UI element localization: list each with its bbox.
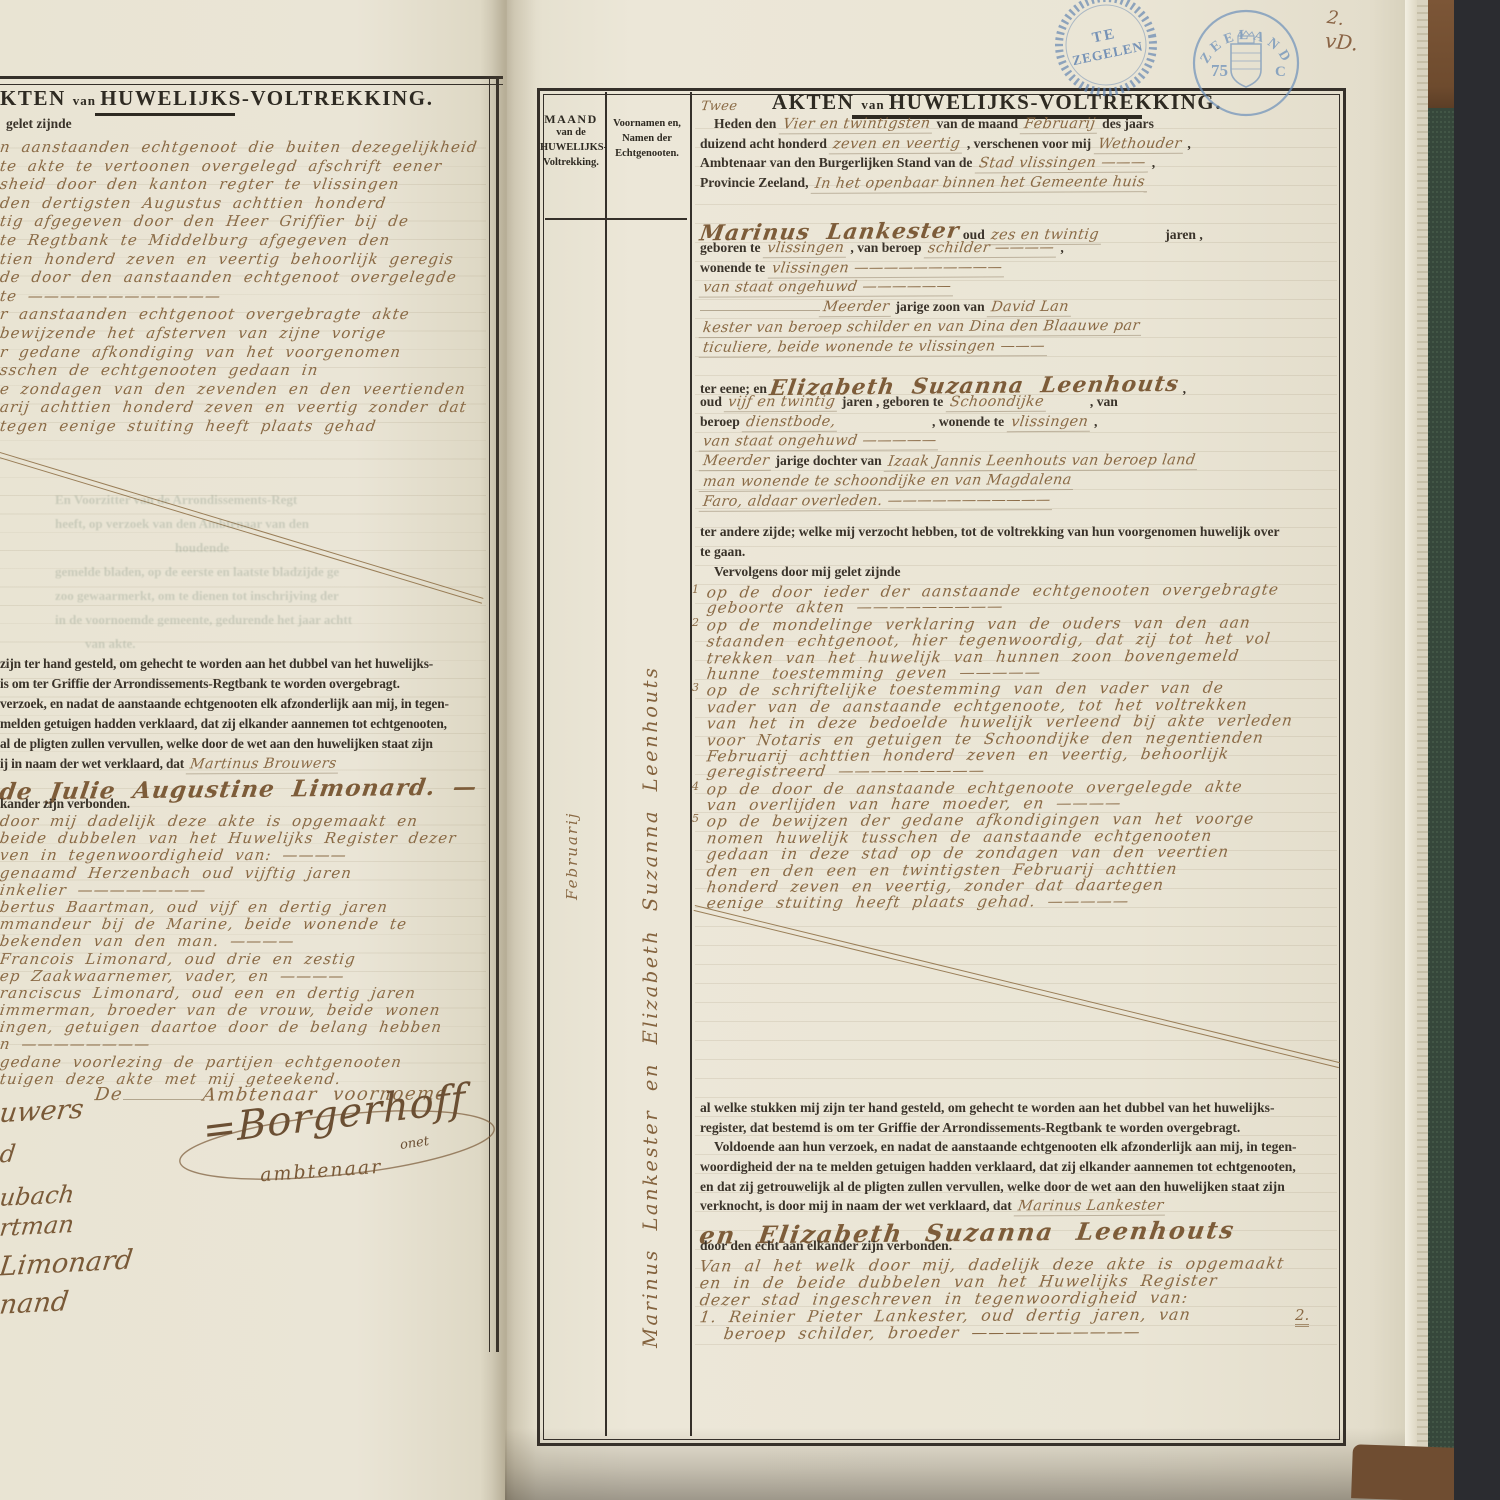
form-line: wonende te vlissingen —————————— — [700, 260, 1345, 280]
text-segment: woordigheid der na te melden getuigen ha… — [700, 1159, 1296, 1174]
text-segment: zeven en veertig — [829, 135, 965, 154]
handwritten-line: nomen huwelijk tusschen de aanstaande ec… — [707, 828, 1352, 844]
request-paragraph: ter andere zijde; welke mij verzocht heb… — [700, 524, 1345, 584]
handwritten-line: 4op de door de aanstaande echtgenoote ov… — [707, 779, 1352, 795]
text-segment: wonende te — [700, 260, 769, 275]
text-segment: ij in naam der wet verklaard, dat — [0, 756, 187, 771]
text-segment: Faro, aldaar overleden. ——————————— — [699, 492, 1055, 512]
handwritten-line: 3op de schriftelijke toestemming van den… — [707, 680, 1352, 696]
zeeland-stamp: ZEELAND 75 C — [1189, 6, 1303, 120]
text-segment: dienstbode, — [742, 413, 840, 431]
handwritten-line: gedane voorlezing de partijen echtgenoot… — [0, 1053, 492, 1070]
handwritten-line: ingen, getuigen daartoe door de belang h… — [0, 1018, 492, 1035]
handwritten-line: genaamd Herzenbach oud vijftig jaren — [0, 864, 492, 881]
printed-line: is om ter Griffie der Arrondissements-Re… — [0, 676, 492, 696]
text-segment: al de pligten zullen vervullen, welke do… — [0, 736, 433, 751]
text-segment: AKTEN — [772, 90, 862, 114]
handwritten-line: dezer stad ingeschreven in tegenwoordigh… — [700, 1289, 1345, 1306]
verso-annotation: vD. — [1324, 28, 1359, 55]
handwritten-line: geboorte akten ————————— — [707, 598, 1352, 614]
text-segment: 4 — [692, 780, 699, 793]
form-line: beroep dienstbode, , wonende te vlissing… — [700, 414, 1345, 434]
text-segment: HUWELIJKS-VOLTREKKING. — [100, 86, 433, 110]
handwritten-line: beide dubbelen van het Huwelijks Registe… — [0, 829, 492, 846]
printed-line: ter andere zijde; welke mij verzocht heb… — [700, 524, 1345, 544]
text-segment: geboren te — [700, 240, 764, 255]
form-line: Meerder jarige zoon van David Lan — [700, 299, 1345, 319]
handwritten-line: trekken van het huwelijk van hunnen zoon… — [707, 648, 1352, 664]
left-page: KTEN van HUWELIJKS-VOLTREKKING. gelet zi… — [0, 0, 507, 1500]
text-segment: van staat ongehuwd ————— — [699, 433, 941, 452]
handwritten-line: den en den een en twintigsten Februarij … — [707, 861, 1352, 877]
handwritten-line: te Regtbank te Middelburg afgegeven den — [0, 231, 492, 250]
partial-signature: ubach — [0, 1180, 76, 1212]
text-segment: Marinus Lankester — [1014, 1198, 1168, 1217]
page-stack-edge — [1417, 0, 1428, 1500]
partial-signature: nand — [0, 1286, 70, 1321]
text-segment: oud — [700, 394, 725, 409]
scan-background — [1454, 0, 1500, 1500]
right-page: MAANDvan deHUWELIJKS-Voltrekking. Voorna… — [507, 0, 1405, 1500]
partial-signature: rtman — [0, 1210, 76, 1242]
text-segment: kester van beroep schilder en van Dina d… — [699, 318, 1144, 338]
handwritten-line: bewijzende het afsterven van zijne vorig… — [0, 324, 492, 343]
text-segment: vijf en twintig — [724, 394, 840, 413]
intro-paragraph: Heden den Vier en twintigsten van de maa… — [700, 116, 1345, 194]
handwritten-line: immerman, broeder van de vrouw, beide wo… — [0, 1001, 492, 1018]
text-segment: beroep — [700, 414, 743, 429]
text-segment: Vervolgens door mij gelet zijnde — [714, 564, 901, 579]
book-scan: KTEN van HUWELIJKS-VOLTREKKING. gelet zi… — [0, 0, 1500, 1500]
form-line: verknocht, is door mij in naam der wet v… — [700, 1198, 1345, 1218]
form-line: register, dat bestemd is om ter Griffie … — [700, 1120, 1345, 1140]
text-segment: 1 — [692, 583, 699, 596]
text-segment: is om ter Griffie der Arrondissements-Re… — [0, 676, 400, 691]
text-segment: , verschenen voor mij — [963, 136, 1094, 151]
text-segment: Heden den — [714, 116, 780, 131]
text-segment: , van beroep — [847, 240, 925, 255]
handwritten-line: ranciscus Limonard, oud een en dertig ja… — [0, 984, 492, 1001]
column-header-line: van de — [540, 127, 602, 142]
bleed-line: gemelde bladen, op de eerste en laatste … — [55, 564, 495, 588]
form-line: Faro, aldaar overleden. ——————————— — [700, 493, 1345, 513]
text-segment: 2 — [692, 616, 699, 629]
text-segment: Stad vlissingen ——— — [975, 155, 1150, 174]
column-header-rule — [545, 218, 687, 220]
left-printed-paragraph: zijn ter hand gesteld, om gehecht te wor… — [0, 656, 492, 816]
handwritten-line: mmandeur bij de Marine, beide wonende te — [0, 915, 492, 932]
form-line: Ambtenaar van den Burgerlijken Stand van… — [700, 155, 1345, 175]
bleed-line: zoo gewaarmerkt, om te dienen tot inschr… — [55, 588, 495, 612]
text-segment: Ambtenaar van den Burgerlijken Stand van… — [700, 155, 976, 170]
handwritten-line: beroep schilder, broeder —————————— — [700, 1323, 1345, 1340]
handwritten-line: Februarij achttien honderd zeven en veer… — [707, 746, 1352, 762]
handwritten-line: tig afgegeven door den Heer Griffier bij… — [0, 212, 492, 231]
form-line: ticuliere, beide wonende te vlissingen —… — [700, 339, 1345, 359]
printed-line: verzoek, en nadat de aanstaande echtgeno… — [0, 696, 492, 716]
handwritten-line: van het in deze bedoelde huwelijk verlee… — [707, 713, 1352, 729]
text-segment: jaren , geboren te — [838, 394, 946, 409]
text-segment: al welke stukken mij zijn ter hand geste… — [700, 1100, 1274, 1115]
handwritten-line: Van al het welk door mij, dadelijk deze … — [700, 1255, 1345, 1272]
handwritten-line: inkelier ———————— — [0, 881, 492, 898]
handwritten-line: sheid door den kanton regter te vlissing… — [0, 175, 492, 194]
te-zegelen-stamp: TE ZEGELEN — [1053, 0, 1159, 98]
text-segment: door den echt aan elkander zijn verbonde… — [700, 1238, 952, 1253]
form-line: kester van beroep schilder en van Dina d… — [700, 319, 1345, 339]
handwritten-line: eenige stuiting heeft plaats gehad. ————… — [707, 893, 1352, 909]
handwritten-line: door mij dadelijk deze akte is opgemaakt… — [0, 812, 492, 829]
text-segment — [700, 299, 820, 311]
considerations-list: 1op de door ieder der aanstaande echtgen… — [707, 582, 1352, 910]
text-segment: 3 — [692, 681, 699, 694]
text-segment: verzoek, en nadat de aanstaande echtgeno… — [0, 696, 449, 711]
groom-paragraph: Marinus Lankester oud zes en twintig jar… — [700, 220, 1345, 359]
handwritten-line: hunne toestemming geven ————— — [707, 664, 1352, 680]
form-line: Marinus Lankester oud zes en twintig jar… — [700, 220, 1345, 240]
handwritten-line: den dertigsten Augustus achttien honderd — [0, 194, 492, 213]
month-vertical-entry: Februarij — [563, 812, 581, 900]
handwritten-line: arij achttien honderd zeven en veertig z… — [0, 398, 492, 417]
text-segment: ter andere zijde; welke mij verzocht heb… — [700, 524, 1280, 539]
handwritten-line: n aanstaanden echtgenoot die buiten deze… — [0, 138, 492, 157]
spouses-vertical-entry: Marinus Lankester en Elizabeth Suzanna L… — [639, 666, 662, 1348]
left-title-underline — [95, 113, 235, 116]
form-line: duizend acht honderd zeven en veertig , … — [700, 136, 1345, 156]
text-segment: 5 — [692, 812, 699, 825]
text-segment: jarige dochter van — [772, 453, 885, 468]
handwritten-line: bekenden van den man. ———— — [0, 932, 492, 949]
text-segment: beroep schilder, broeder —————————— — [723, 1322, 1142, 1343]
printed-line: melden getuigen hadden verklaard, dat zi… — [0, 716, 492, 736]
bleed-line: heeft, op verzoek van den Ambtenaar van … — [55, 516, 495, 540]
form-line: woordigheid der na te melden getuigen ha… — [700, 1159, 1345, 1179]
handwritten-line: tien honderd zeven en veertig behoorlijk… — [0, 250, 492, 269]
text-segment: van staat ongehuwd —————— — [699, 279, 956, 298]
text-segment: vlissingen — [1006, 413, 1092, 431]
column-header-line: MAAND — [540, 112, 602, 127]
declaration-paragraph: al welke stukken mij zijn ter hand geste… — [700, 1100, 1345, 1258]
form-line: geboren te vlissingen , van beroep schil… — [700, 240, 1345, 260]
handwritten-line: en in de beide dubbelen van het Huwelijk… — [700, 1272, 1345, 1289]
stamp-value: 75 — [1211, 61, 1228, 80]
text-segment: Martinus Brouwers — [186, 756, 341, 775]
text-segment: zijn ter hand gesteld, om gehecht te wor… — [0, 656, 433, 671]
month-column-header: MAANDvan deHUWELIJKS-Voltrekking. — [540, 112, 602, 172]
form-line: ter eene; en Elizabeth Suzanna Leenhouts… — [700, 374, 1345, 394]
bleed-line: En Voorzitter van de Arrondissements-Reg… — [55, 492, 495, 516]
text-segment: melden getuigen hadden verklaard, dat zi… — [0, 716, 447, 731]
text-segment: In het openbaar binnen het Gemeente huis — [811, 174, 1149, 194]
handwritten-line: gedaan in deze stad op de zondagen van d… — [707, 844, 1352, 860]
text-segment: van — [861, 97, 888, 112]
form-line: Voldoende aan hun verzoek, en nadat de a… — [700, 1139, 1345, 1159]
officiant-signature: =Borgerhoff onet ambtenaar — [188, 1086, 488, 1196]
handwritten-line: de door den aanstaanden echtgenoot overg… — [0, 268, 492, 287]
printed-line: te gaan. — [700, 544, 1345, 564]
text-segment: Meerder — [819, 299, 894, 317]
text-segment: en dat zij getrouwelijk al de pligten zu… — [700, 1179, 1285, 1194]
text-segment: schilder ———— — [924, 239, 1059, 258]
bleed-line: in de voornoemde gemeente, gedurende het… — [55, 612, 495, 636]
handwritten-line: n ———————— — [0, 1035, 492, 1052]
handwritten-line: bertus Baartman, oud vijf en dertig jare… — [0, 898, 492, 915]
handwritten-line: te ———————————— — [0, 287, 492, 306]
catchword: 2. — [1295, 1306, 1309, 1327]
text-segment: man wonende te schoondijke en van Magdal… — [699, 472, 1076, 492]
handwritten-line: 1op de door ieder der aanstaande echtgen… — [707, 582, 1352, 598]
cover-leather-top — [1428, 0, 1454, 108]
text-segment: kander zijn verbonden. — [0, 796, 130, 811]
handwritten-line: Francois Limonard, oud drie en zestig — [0, 950, 492, 967]
text-segment: Provincie Zeeland, — [700, 175, 812, 190]
left-bleedthrough-text: En Voorzitter van de Arrondissements-Reg… — [55, 492, 495, 660]
text-segment: Vier en twintigsten — [778, 116, 934, 135]
text-segment: van — [73, 93, 100, 108]
column-header-line: Voltrekking. — [540, 157, 602, 172]
text-segment: , wonende te — [929, 414, 1008, 429]
form-line: al welke stukken mij zijn ter hand geste… — [700, 1100, 1345, 1120]
text-segment: David Lan — [987, 299, 1073, 317]
printed-line: zijn ter hand gesteld, om gehecht te wor… — [0, 656, 492, 676]
text-segment: Wethouder — [1093, 135, 1185, 153]
partial-signature: Limonard — [0, 1245, 135, 1283]
partial-signature: d — [0, 1140, 17, 1169]
handwritten-line: tegen eenige stuiting heeft plaats gehad — [0, 417, 492, 436]
text-segment: KTEN — [0, 86, 73, 110]
left-page-title: KTEN van HUWELIJKS-VOLTREKKING. — [0, 86, 430, 111]
text-segment: te gaan. — [700, 544, 745, 559]
handwritten-line: vader van de aanstaande echtgenoote, tot… — [707, 697, 1352, 713]
form-line: van staat ongehuwd —————— — [700, 279, 1345, 299]
left-handwritten-block: n aanstaanden echtgenoot die buiten deze… — [0, 138, 492, 436]
handwritten-line: 1. Reinier Pieter Lankester, oud dertig … — [700, 1306, 1345, 1323]
printed-line: de Julie Augustine Limonard. — — [0, 776, 492, 796]
handwritten-line: geregistreerd ————————— — [707, 762, 1352, 778]
handwritten-line: sschen de echtgenooten gedaan in — [0, 361, 492, 380]
handwritten-line: staanden echtgenoot, hier tegenwoordig, … — [707, 631, 1352, 647]
left-page-top-border — [0, 76, 503, 85]
printed-line: al de pligten zullen vervullen, welke do… — [0, 736, 492, 756]
closing-paragraph: Van al het welk door mij, dadelijk deze … — [700, 1255, 1345, 1340]
handwritten-line: r aanstaanden echtgenoot overgebragte ak… — [0, 305, 492, 324]
form-line: oud vijf en twintig jaren , geboren te S… — [700, 394, 1345, 414]
stamp-currency: C — [1275, 64, 1286, 80]
handwritten-line: honderd zeven en veertig, zonder dat daa… — [707, 877, 1352, 893]
column-divider — [605, 92, 607, 1436]
cover-marbling — [1428, 0, 1454, 1500]
handwritten-line: e zondagen van den zevenden en den veert… — [0, 380, 492, 399]
form-line: man wonende te schoondijke en van Magdal… — [700, 473, 1345, 493]
column-header-line: Echtgenooten. — [607, 148, 687, 163]
column-header-line: Namen der — [607, 133, 687, 148]
partial-signature: uwers — [0, 1094, 85, 1129]
names-column-header: Voornamen en,Namen derEchtgenooten. — [607, 118, 687, 163]
handwritten-line: ven in tegenwoordigheid van: ———— — [0, 846, 492, 863]
handwritten-line: 5op de bewijzen der gedane afkondigingen… — [707, 811, 1352, 827]
act-number: Twee — [700, 99, 738, 114]
form-line: Provincie Zeeland, In het openbaar binne… — [700, 175, 1345, 195]
page-edge — [1405, 0, 1417, 1500]
text-segment: vlissingen —————————— — [767, 259, 1006, 278]
column-header-line: HUWELIJKS- — [540, 142, 602, 157]
left-witness-block: door mij dadelijk deze akte is opgemaakt… — [0, 812, 492, 1087]
book-cover-edge — [1428, 0, 1454, 1500]
handwritten-line: r gedane afkondiging van het voorgenomen — [0, 343, 492, 362]
text-segment: vlissingen — [763, 240, 849, 258]
text-segment: jarige zoon van — [892, 299, 988, 314]
cover-corner — [1351, 1444, 1457, 1500]
column-divider — [690, 92, 692, 1436]
handwritten-line: te akte te vertoonen overgelegd afschrif… — [0, 157, 492, 176]
column-header-line: Voornamen en, — [607, 118, 687, 133]
form-line: en Elizabeth Suzanna Leenhouts — [700, 1218, 1345, 1238]
text-segment: ticuliere, beide wonende te vlissingen —… — [699, 338, 1049, 358]
handwritten-line: ep Zaakwaarnemer, vader, en ———— — [0, 967, 492, 984]
text-segment: register, dat bestemd is om ter Griffie … — [700, 1120, 1240, 1135]
text-segment: , van — [1087, 394, 1118, 409]
text-segment: De — [94, 1084, 125, 1105]
handwritten-line: voor Notaris en getuigen te Schoondijke … — [707, 730, 1352, 746]
printed-line: ij in naam der wet verklaard, dat Martin… — [0, 756, 492, 776]
text-segment: eenige stuiting heeft plaats gehad. ————… — [706, 892, 1131, 912]
text-segment: Izaak Jannis Leenhouts van beroep land — [884, 452, 1200, 472]
text-segment: Februarij — [1020, 116, 1100, 134]
signature-prefix: = — [203, 1104, 238, 1154]
bleed-line: houdende — [55, 540, 495, 564]
text-segment: van de maand — [933, 116, 1021, 131]
text-segment: des jaars — [1099, 116, 1154, 131]
bride-paragraph: ter eene; en Elizabeth Suzanna Leenhouts… — [700, 374, 1345, 513]
page-number-annotation: 2. — [1326, 7, 1346, 30]
text-segment: Voldoende aan hun verzoek, en nadat de a… — [714, 1139, 1297, 1154]
text-segment: Meerder — [699, 453, 774, 471]
form-line: en dat zij getrouwelijk al de pligten zu… — [700, 1179, 1345, 1199]
text-segment: Schoondijke — [945, 394, 1047, 413]
text-segment: verknocht, is door mij in naam der wet v… — [700, 1198, 1015, 1213]
form-line: van staat ongehuwd ————— — [700, 433, 1345, 453]
text-segment: duizend acht honderd — [700, 136, 830, 151]
form-line: Meerder jarige dochter van Izaak Jannis … — [700, 453, 1345, 473]
